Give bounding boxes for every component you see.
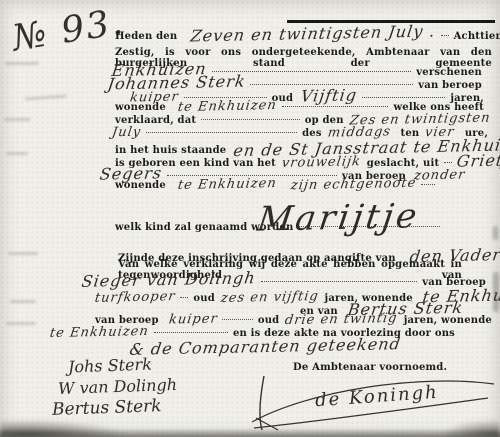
bleed-mark <box>4 118 30 121</box>
label-oud: oud <box>193 293 215 304</box>
bleed-mark <box>6 322 36 325</box>
handwritten-witness1-occupation: turfkooper <box>94 289 177 306</box>
signature-witness2: Bertus Sterk <box>52 396 162 420</box>
dotted-leader <box>180 296 188 298</box>
bleed-mark <box>6 152 28 155</box>
line-declarant-name: Johannes Sterk van beroep <box>108 73 482 86</box>
dotted-leader <box>444 161 452 163</box>
dotted-leader <box>146 131 297 133</box>
line-gemeente: Enkhuizen verschenen <box>112 60 482 73</box>
signature-witness1: W van Dolingh <box>58 375 178 398</box>
line-birth-address: in het huis staande en de St Jansstraat … <box>115 138 492 151</box>
signature-official: de Koningh <box>314 382 439 412</box>
signature-declarant: Johs Sterk <box>68 355 152 377</box>
label-wonende: wonende <box>115 180 166 191</box>
bleed-mark <box>8 252 38 255</box>
line-declarant-occupation-age: kuiper oud Vijftig jaren, <box>130 86 484 99</box>
line-witness2-details: van beroep kuiper oud drie en twintig ja… <box>95 312 492 325</box>
handwritten-echtgenoote: zijn echtgenoote <box>289 176 417 194</box>
bottom-left-smudge <box>0 419 130 437</box>
edge-smudge <box>493 226 498 240</box>
line-verklaard: verklaard, dat op den Zes en twintigsten <box>115 112 490 125</box>
dotted-leader <box>261 280 418 282</box>
line-witness1-details: turfkooper oud zes en vijftig jaren, won… <box>95 286 492 299</box>
label-achttienhonderd: Achttienhonderd <box>454 31 500 42</box>
handwritten-date: Zeven en twintigsten July . <box>190 21 438 45</box>
line-child-sex: is geboren een kind van het vrouwelijk g… <box>115 151 492 164</box>
handwritten-comparanten-geteekend: & de Comparanten geteekend <box>128 334 402 359</box>
line-declarant-residence: wonende te Enkhuizen welke ons heeft <box>115 99 484 112</box>
bleed-mark <box>5 62 39 65</box>
dotted-leader <box>421 183 435 185</box>
dotted-leader <box>441 34 449 36</box>
handwritten-mother-residence: te Enkhuizen <box>177 176 278 193</box>
line-mother-residence: wonende te Enkhuizen zijn echtgenoote <box>115 177 440 190</box>
line-comparanten: & de Comparanten geteekend <box>130 337 420 350</box>
bleed-mark <box>10 300 36 303</box>
line-aangifte: Zijnde deze inschrijving gedaan op aangi… <box>118 246 470 259</box>
label-ambtenaar-voornoemd: De Ambtenaar voornoemd. <box>293 362 447 373</box>
dotted-leader <box>201 118 300 120</box>
registry-number: № 93. <box>9 1 127 59</box>
dotted-leader <box>154 331 228 333</box>
handwritten-child-name: Marijtje <box>255 196 422 239</box>
label-heden-den: Heden den <box>115 31 177 42</box>
edge-smudge <box>493 272 499 312</box>
bleed-mark <box>25 95 67 101</box>
dotted-leader <box>222 318 252 320</box>
dotted-leader <box>282 105 389 107</box>
dotted-leader <box>250 83 413 85</box>
line-witness1-name: Sieger van Dolingh van beroep <box>82 270 486 283</box>
bottom-right-smudge <box>440 419 500 437</box>
line-date: Heden den Zeven en twintigsten July . Ac… <box>115 24 492 37</box>
birth-certificate-scan: № 93. Heden den Zeven en twintigsten Jul… <box>0 0 500 437</box>
dotted-leader <box>362 96 445 98</box>
